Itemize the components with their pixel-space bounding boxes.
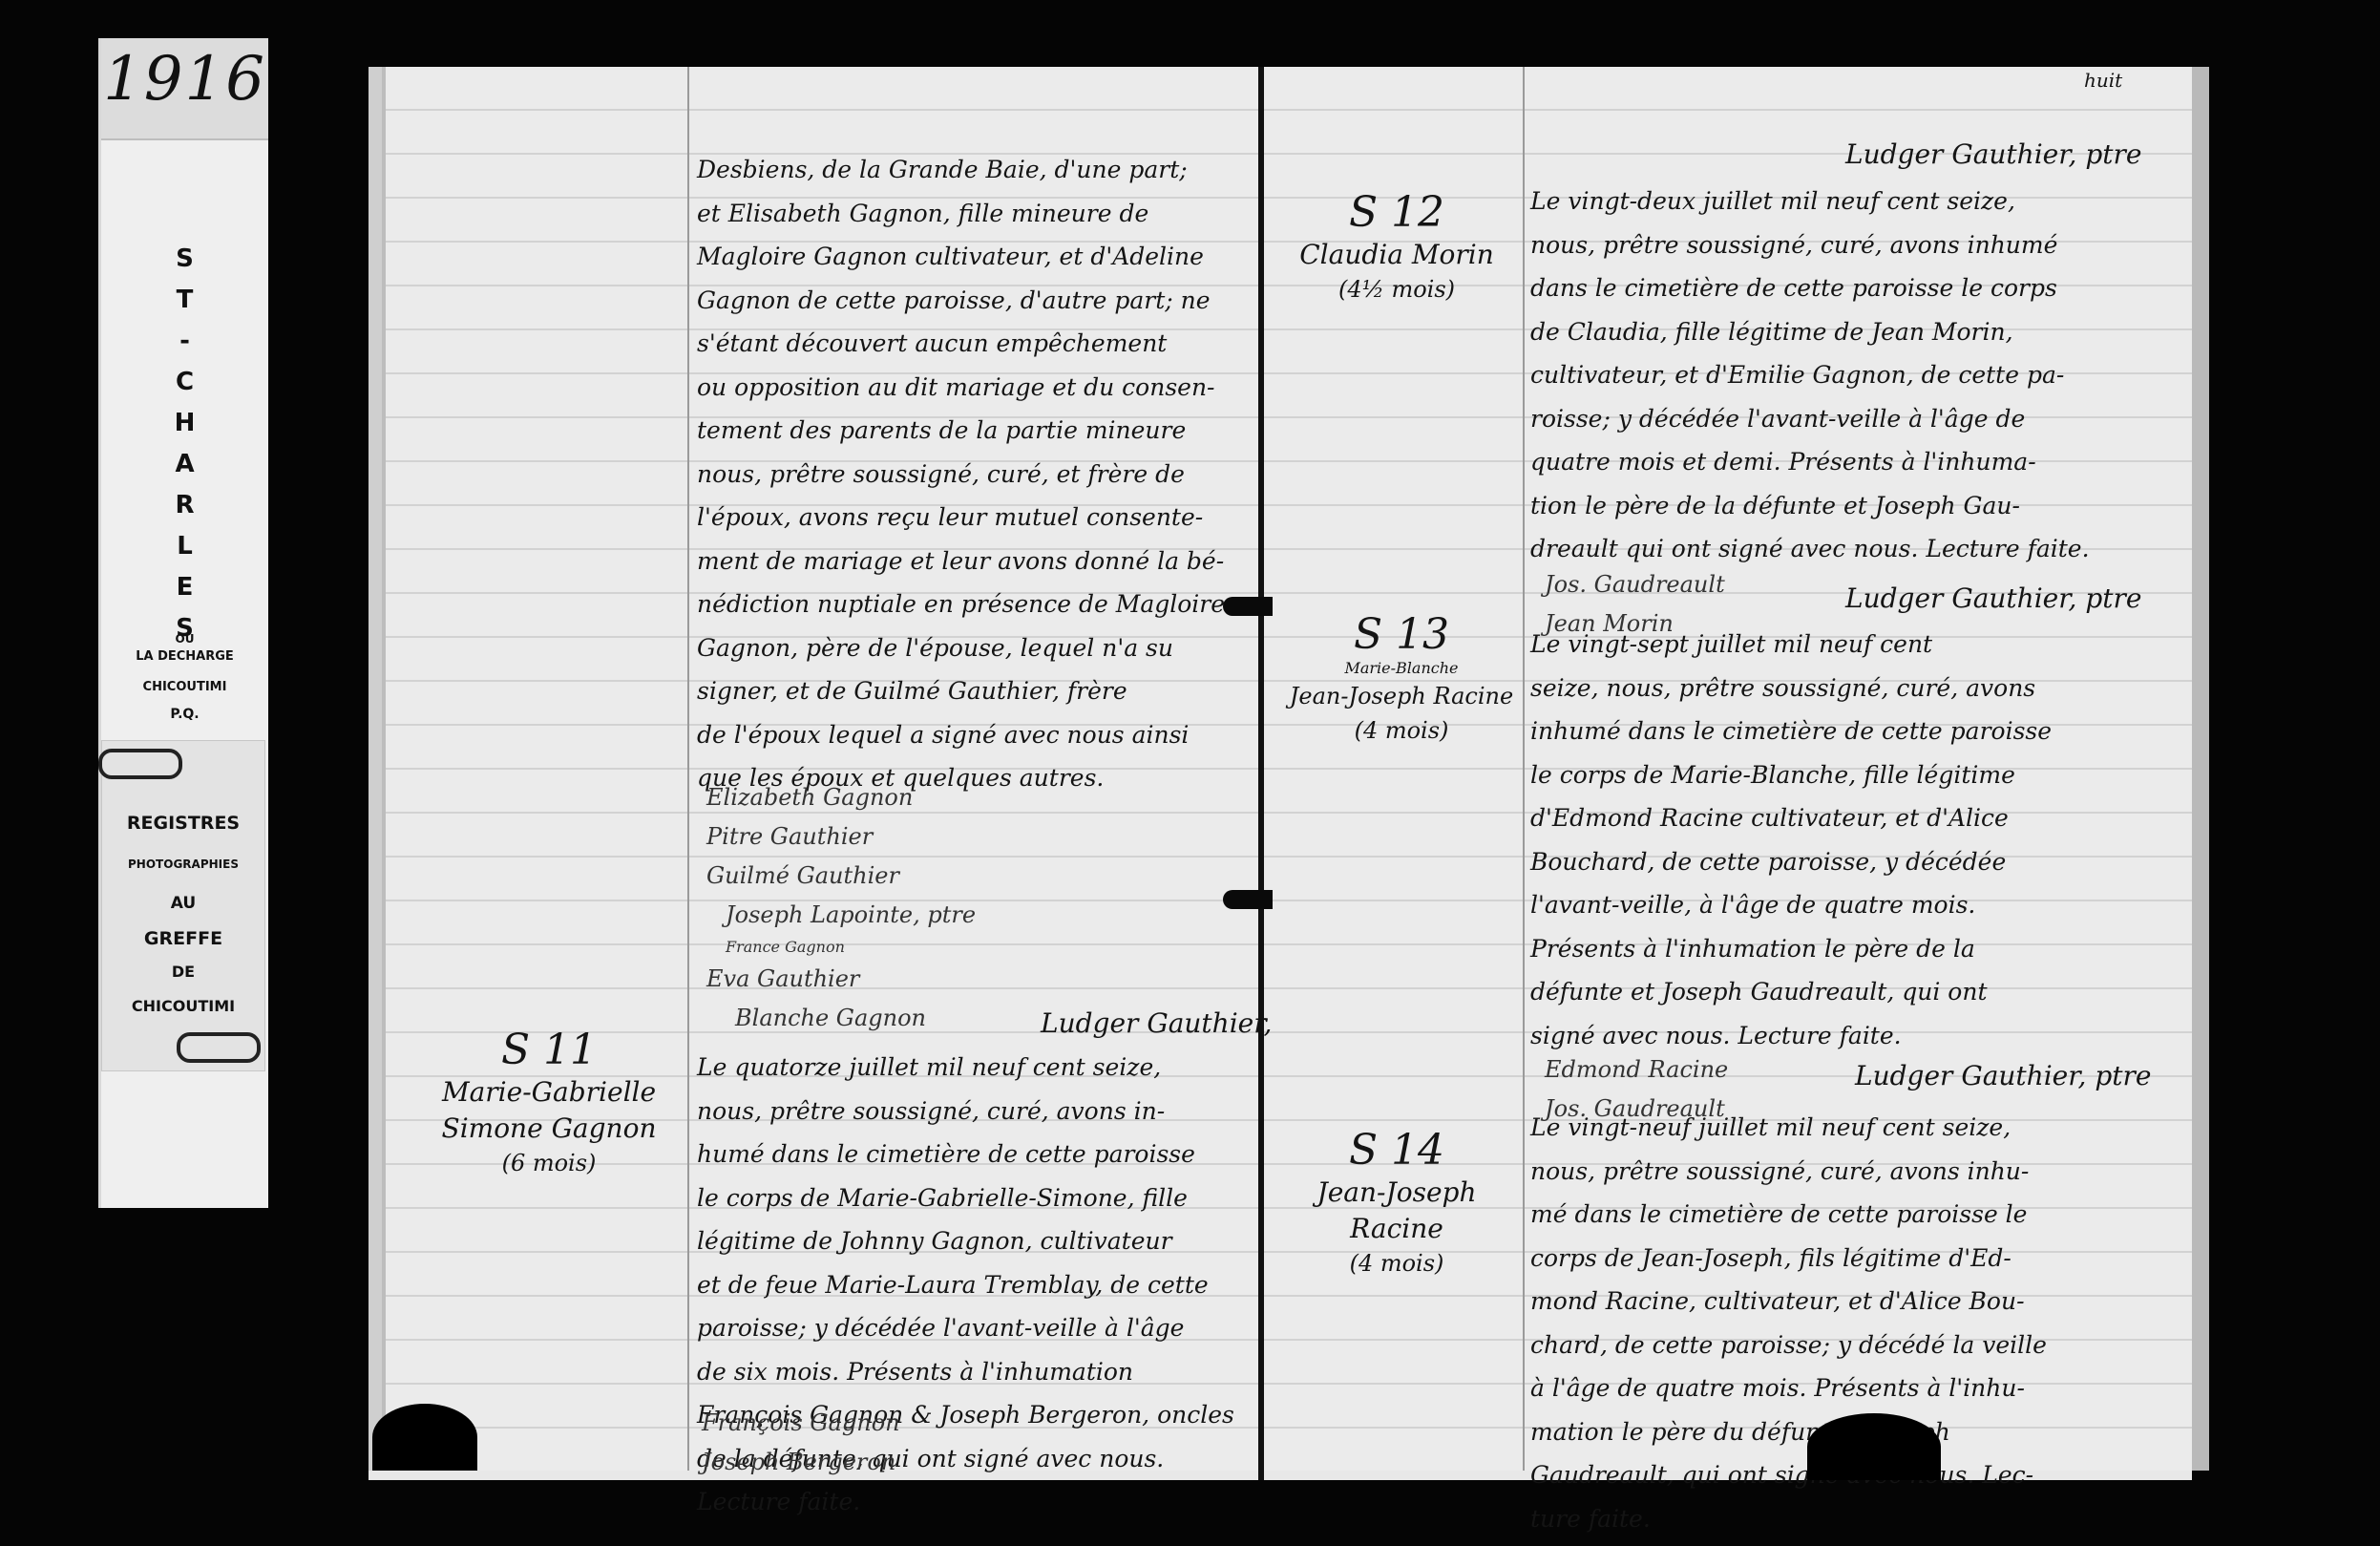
parish-letter: H xyxy=(101,403,268,444)
entry-line: et Elisabeth Gagnon, fille mineure de xyxy=(697,192,1225,236)
marriage-entry-continued: Desbiens, de la Grande Baie, d'une part;… xyxy=(697,148,1225,800)
deceased-name-correction: Marie-Blanche xyxy=(1273,659,1530,678)
entry-line: mation le père du défunt et Joseph xyxy=(1530,1410,2047,1454)
thumb-shadow xyxy=(1807,1413,1941,1480)
margin-rule xyxy=(1523,67,1525,1471)
entry-number: S 11 xyxy=(415,1027,683,1074)
parish-name-vertical: S T - C H A R L E S xyxy=(101,239,268,649)
entry-line: ment de mariage et leur avons donné la b… xyxy=(697,540,1225,583)
entry-line: Gagnon, père de l'épouse, lequel n'a su xyxy=(697,626,1225,670)
signature: Blanche Gagnon xyxy=(706,999,976,1038)
entry-line: tion le père de la défunte et Joseph Gau… xyxy=(1530,484,2090,528)
entry-line: s'étant découvert aucun empêchement xyxy=(697,322,1225,366)
entry-line: quatre mois et demi. Présents à l'inhuma… xyxy=(1530,440,2090,484)
entry-line: de l'époux lequel a signé avec nous ains… xyxy=(697,713,1225,757)
card-line: PHOTOGRAPHIES xyxy=(102,858,264,871)
entry-line: Lecture faite. xyxy=(697,1480,1234,1524)
officiant-heading: Ludger Gauthier, ptre xyxy=(1845,582,2141,614)
entry-number: S 14 xyxy=(1273,1127,1521,1175)
signature: Pitre Gauthier xyxy=(706,817,976,857)
entry-line: défunte et Joseph Gaudreault, qui ont xyxy=(1530,970,2052,1014)
signature: Jos. Gaudreault xyxy=(1545,565,1725,604)
deceased-age: (4½ mois) xyxy=(1273,273,1521,306)
deceased-name: Claudia Morin xyxy=(1273,237,1521,273)
parish-letter: R xyxy=(101,485,268,526)
paperclip-icon xyxy=(177,1032,261,1063)
entry-line: signer, et de Guilmé Gauthier, frère xyxy=(697,669,1225,713)
signature: Eva Gauthier xyxy=(706,960,976,999)
entry-line: tement des parents de la partie mineure xyxy=(697,409,1225,453)
left-page: Desbiens, de la Grande Baie, d'une part;… xyxy=(369,67,1274,1471)
parish-letter: A xyxy=(101,444,268,485)
deceased-name: Racine xyxy=(1273,1211,1521,1247)
entry-line: l'époux, avons reçu leur mutuel consente… xyxy=(697,496,1225,540)
entry-line: roisse; y décédée l'avant-veille à l'âge… xyxy=(1530,397,2090,441)
entry-line: ture faite. xyxy=(1530,1497,2047,1541)
entry-line: dans le cimetière de cette paroisse le c… xyxy=(1530,266,2090,310)
parish-letter: L xyxy=(101,526,268,567)
page-shadow xyxy=(372,1404,477,1471)
deceased-age: (4 mois) xyxy=(1273,1247,1521,1280)
card-line: DE xyxy=(102,963,264,981)
open-register-book: Desbiens, de la Grande Baie, d'une part;… xyxy=(369,67,2192,1480)
entry-line: l'avant-veille, à l'âge de quatre mois. xyxy=(1530,883,2052,927)
parish-letter: T xyxy=(101,280,268,321)
province-name: P.Q. xyxy=(101,707,268,722)
entry-line: cultivateur, et d'Emilie Gagnon, de cett… xyxy=(1530,353,2090,397)
signature: France Gagnon xyxy=(706,935,976,960)
officiant-heading: Ludger Gauthier, ptre xyxy=(1845,138,2141,170)
deceased-name: Simone Gagnon xyxy=(415,1111,683,1147)
entry-line: Le quatorze juillet mil neuf cent seize, xyxy=(697,1046,1234,1090)
paperclip-icon xyxy=(98,749,182,779)
card-line: REGISTRES xyxy=(102,813,264,834)
entry-line: Gaudreault, qui ont signé avec nous. Lec… xyxy=(1530,1453,2047,1497)
entry-line: légitime de Johnny Gagnon, cultivateur xyxy=(697,1219,1234,1263)
entry-line: ou opposition au dit mariage et du conse… xyxy=(697,366,1225,410)
entry-line: Présents à l'inhumation le père de la xyxy=(1530,927,2052,971)
entry-line: d'Edmond Racine cultivateur, et d'Alice xyxy=(1530,796,2052,840)
burial-signatures-s11: François Gagnon Joseph Bergeron xyxy=(702,1404,900,1482)
right-page: huit S 12 Claudia Morin (4½ mois) Ludger… xyxy=(1273,67,2209,1471)
entry-line: Gagnon de cette paroisse, d'autre part; … xyxy=(697,279,1225,323)
entry-number: S 13 xyxy=(1273,611,1530,659)
entry-line: chard, de cette paroisse; y décédé la ve… xyxy=(1530,1324,2047,1367)
registry-card: REGISTRES PHOTOGRAPHIES AU GREFFE DE CHI… xyxy=(101,740,265,1071)
entry-line: nous, prêtre soussigné, curé, et frère d… xyxy=(697,453,1225,497)
entry-line: le corps de Marie-Gabrielle-Simone, fill… xyxy=(697,1176,1234,1220)
entry-line: Bouchard, de cette paroisse, y décédée xyxy=(1530,840,2052,884)
parish-letter: E xyxy=(101,567,268,608)
deceased-age: (4 mois) xyxy=(1273,714,1530,747)
deceased-name: Jean-Joseph xyxy=(1273,1175,1521,1211)
parish-letter: - xyxy=(101,321,268,362)
signature: Elizabeth Gagnon xyxy=(706,778,976,817)
burial-entry-s14: Le vingt-neuf juillet mil neuf cent seiz… xyxy=(1530,1106,2047,1540)
entry-line: humé dans le cimetière de cette paroisse xyxy=(697,1133,1234,1176)
entry-line: Le vingt-deux juillet mil neuf cent seiz… xyxy=(1530,180,2090,223)
entry-line: Magloire Gagnon cultivateur, et d'Adelin… xyxy=(697,235,1225,279)
entry-line: inhumé dans le cimetière de cette parois… xyxy=(1530,709,2052,753)
card-line: AU xyxy=(102,894,264,913)
entry-line: de Claudia, fille légitime de Jean Morin… xyxy=(1530,310,2090,354)
county-name: CHICOUTIMI xyxy=(101,680,268,694)
book-spine xyxy=(1258,67,1264,1480)
alt-parish-name: LA DECHARGE xyxy=(101,649,268,664)
marriage-signatures: Elizabeth Gagnon Pitre Gauthier Guilmé G… xyxy=(706,778,976,1038)
signature: François Gagnon xyxy=(702,1404,900,1443)
entry-line: paroisse; y décédée l'avant-veille à l'â… xyxy=(697,1306,1234,1350)
officiant-heading: Ludger Gauthier, ptre xyxy=(1855,1060,2151,1091)
entry-margin-s14: S 14 Jean-Joseph Racine (4 mois) xyxy=(1273,1127,1521,1280)
entry-line: dreault qui ont signé avec nous. Lecture… xyxy=(1530,527,2090,571)
entry-margin-s12: S 12 Claudia Morin (4½ mois) xyxy=(1273,189,1521,306)
entry-line: mond Racine, cultivateur, et d'Alice Bou… xyxy=(1530,1280,2047,1324)
entry-line: de six mois. Présents à l'inhumation xyxy=(697,1350,1234,1394)
or-label: OU xyxy=(101,632,268,646)
page-number: huit xyxy=(2084,69,2122,92)
entry-line: à l'âge de quatre mois. Présents à l'inh… xyxy=(1530,1366,2047,1410)
entry-margin-s13: S 13 Marie-Blanche Jean-Joseph Racine (4… xyxy=(1273,611,1530,747)
signature: Joseph Bergeron xyxy=(702,1443,900,1482)
entry-line: nous, prêtre soussigné, curé, avons inhu… xyxy=(1530,223,2090,267)
entry-line: Desbiens, de la Grande Baie, d'une part; xyxy=(697,148,1225,192)
margin-rule xyxy=(687,67,689,1471)
entry-line: Le vingt-sept juillet mil neuf cent xyxy=(1530,623,2052,667)
entry-line: nous, prêtre soussigné, curé, avons in- xyxy=(697,1090,1234,1133)
entry-line: mé dans le cimetière de cette paroisse l… xyxy=(1530,1193,2047,1237)
entry-number: S 12 xyxy=(1273,189,1521,237)
entry-margin-s11: S 11 Marie-Gabrielle Simone Gagnon (6 mo… xyxy=(415,1027,683,1179)
entry-line: nous, prêtre soussigné, curé, avons inhu… xyxy=(1530,1150,2047,1194)
register-year: 1916 xyxy=(101,44,268,115)
parish-letter: S xyxy=(101,239,268,280)
parish-letter: C xyxy=(101,362,268,403)
entry-line: seize, nous, prêtre soussigné, curé, avo… xyxy=(1530,667,2052,710)
burial-entry-s13: Le vingt-sept juillet mil neuf cent seiz… xyxy=(1530,623,2052,1057)
card-line: GREFFE xyxy=(102,928,264,949)
deceased-name: Marie-Gabrielle xyxy=(415,1074,683,1111)
entry-line: Le vingt-neuf juillet mil neuf cent seiz… xyxy=(1530,1106,2047,1150)
card-line: CHICOUTIMI xyxy=(102,997,264,1015)
burial-entry-s12: Le vingt-deux juillet mil neuf cent seiz… xyxy=(1530,180,2090,571)
archive-label-strip: 1916 S T - C H A R L E S OU LA DECHARGE … xyxy=(98,38,268,1208)
deceased-name: Jean-Joseph Racine xyxy=(1273,678,1530,714)
signature: Guilmé Gauthier xyxy=(706,857,976,896)
signature: Edmond Racine xyxy=(1545,1050,1728,1090)
entry-line: et de feue Marie-Laura Tremblay, de cett… xyxy=(697,1263,1234,1307)
signature: Joseph Lapointe, ptre xyxy=(706,896,976,935)
entry-line: corps de Jean-Joseph, fils légitime d'Ed… xyxy=(1530,1237,2047,1281)
entry-line: le corps de Marie-Blanche, fille légitim… xyxy=(1530,753,2052,797)
year-tag: 1916 xyxy=(101,38,268,140)
deceased-age: (6 mois) xyxy=(415,1147,683,1179)
entry-line: nédiction nuptiale en présence de Magloi… xyxy=(697,582,1225,626)
